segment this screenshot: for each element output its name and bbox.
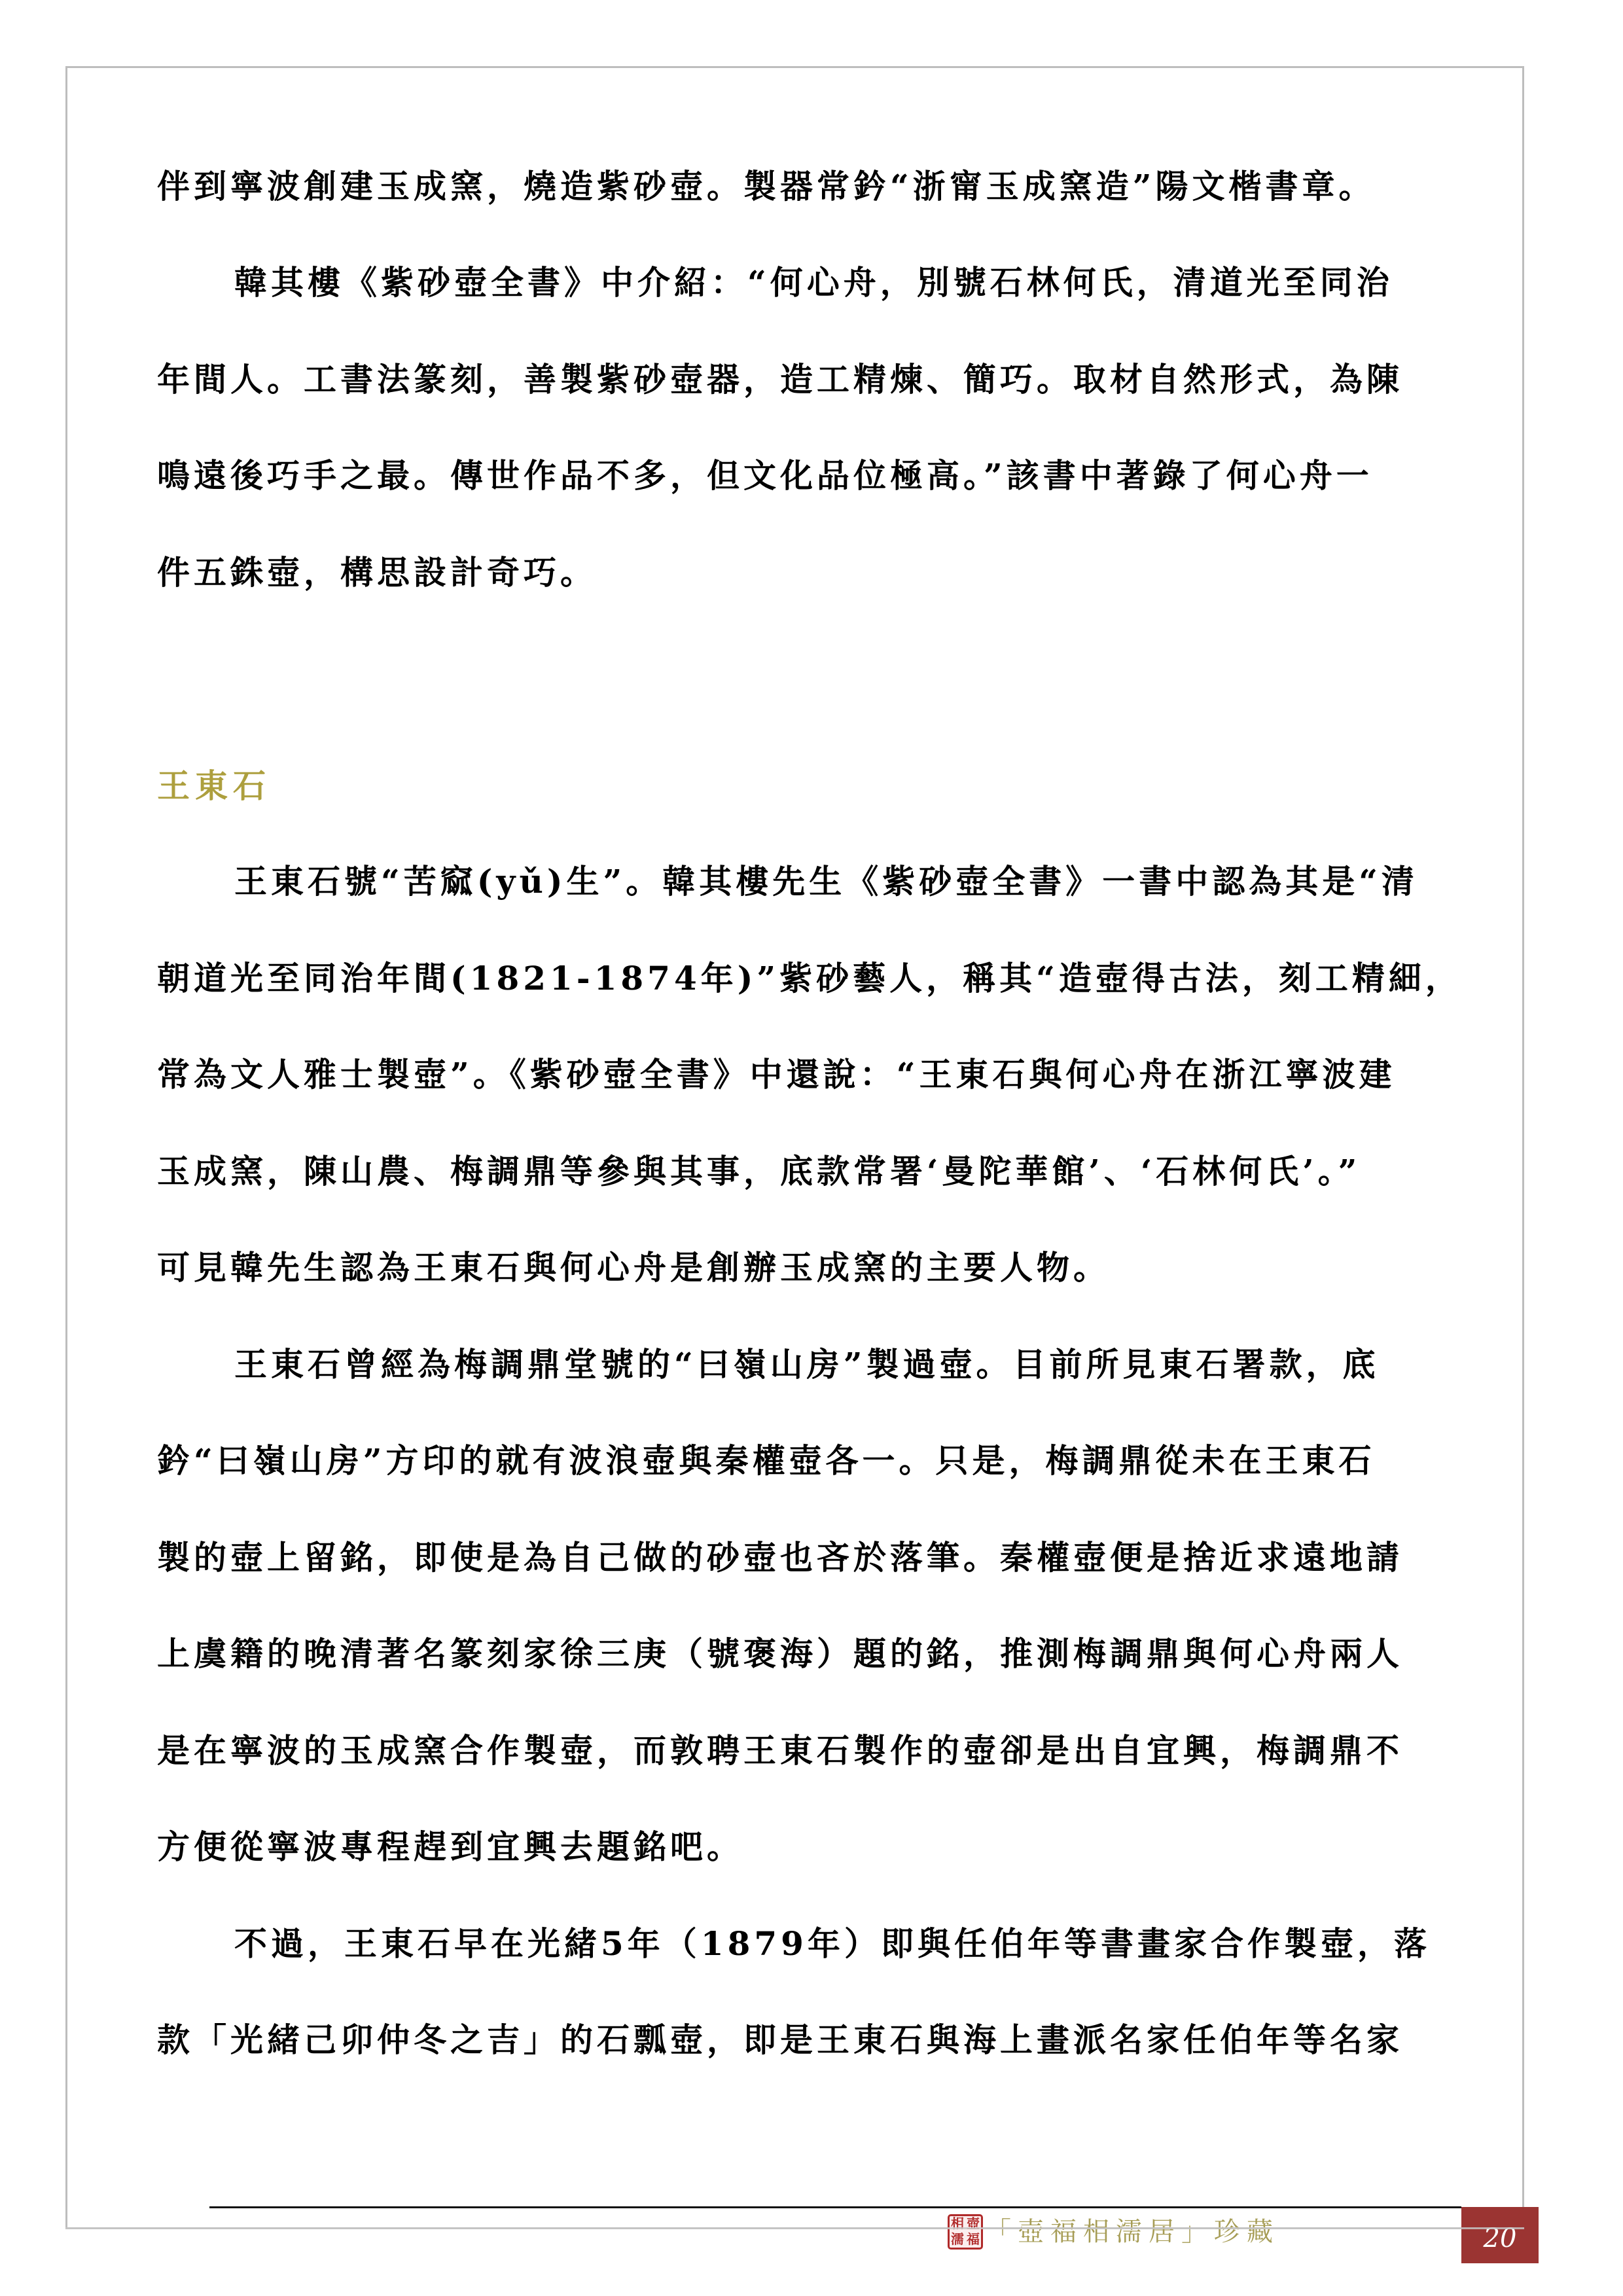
paragraph-line: 款「光緒己卯仲冬之吉」的石瓢壺，即是王東石與海上畫派名家任伯年等名家: [157, 2017, 1403, 2063]
paragraph-line: 王東石號“苦窳(yǔ)生”。韓其樓先生《紫砂壺全書》一書中認為其是“清: [234, 859, 1418, 905]
collection-label: 「壺福相濡居」珍藏: [985, 2212, 1279, 2251]
paragraph-line: 是在寧波的玉成窯合作製壺，而敦聘王東石製作的壺卻是出自宜興，梅調鼎不: [157, 1728, 1403, 1774]
paragraph-line: 鳴遠後巧手之最。傳世作品不多，但文化品位極高。”該書中著錄了何心舟一: [157, 453, 1373, 499]
seal-char: 壺: [965, 2216, 981, 2232]
seal-char: 濡: [950, 2232, 965, 2248]
paragraph-line: 朝道光至同治年間(1821-1874年)”紫砂藝人，稱其“造壺得古法，刻工精細，: [157, 956, 1462, 1001]
paragraph-line: 玉成窯，陳山農、梅調鼎等參與其事，底款常署‘曼陀華館’、‘石林何氏’。”: [157, 1149, 1361, 1194]
paragraph-line: 年間人。工書法篆刻，善製紫砂壺器，造工精煉、簡巧。取材自然形式，為陳: [157, 357, 1403, 403]
paragraph-line: 韓其樓《紫砂壺全書》中介紹：“何心舟，別號石林何氏，清道光至同治: [234, 260, 1393, 306]
paragraph-line: 件五銖壺，構思設計奇巧。: [157, 550, 597, 596]
paragraph-line: 王東石曾經為梅調鼎堂號的“曰嶺山房”製過壺。目前所見東石署款，底: [234, 1342, 1380, 1388]
paragraph-line: 上虞籍的晚清著名篆刻家徐三庚（號褒海）題的銘，推測梅調鼎與何心舟兩人: [157, 1631, 1403, 1677]
section-heading: 王東石: [157, 763, 271, 809]
seal-char: 福: [965, 2232, 981, 2248]
page-number-badge: 20: [1461, 2207, 1539, 2263]
paragraph-line: 方便從寧波專程趕到宜興去題銘吧。: [157, 1824, 743, 1870]
footer-rule: [209, 2206, 1461, 2208]
paragraph-line: 製的壺上留銘，即使是為自己做的砂壺也吝於落筆。秦權壺便是捨近求遠地請: [157, 1535, 1403, 1581]
seal-stamp-icon: 相 壺 濡 福: [948, 2214, 983, 2250]
paragraph-line: 可見韓先生認為王東石與何心舟是創辦玉成窯的主要人物。: [157, 1245, 1110, 1291]
paragraph-line: 不過，王東石早在光緒5年（1879年）即與任伯年等書畫家合作製壺，落: [234, 1921, 1431, 1967]
paragraph-line: 鈐“曰嶺山房”方印的就有波浪壺與秦權壺各一。只是，梅調鼎從未在王東石: [157, 1438, 1376, 1484]
paragraph-line: 伴到寧波創建玉成窯，燒造紫砂壺。製器常鈐“浙甯玉成窯造”陽文楷書章。: [157, 164, 1376, 209]
paragraph-line: 常為文人雅士製壺”。《紫砂壺全書》中還說：“王東石與何心舟在浙江寧波建: [157, 1052, 1396, 1098]
seal-char: 相: [950, 2216, 965, 2232]
frame-bottom-edge: [65, 2227, 1524, 2229]
